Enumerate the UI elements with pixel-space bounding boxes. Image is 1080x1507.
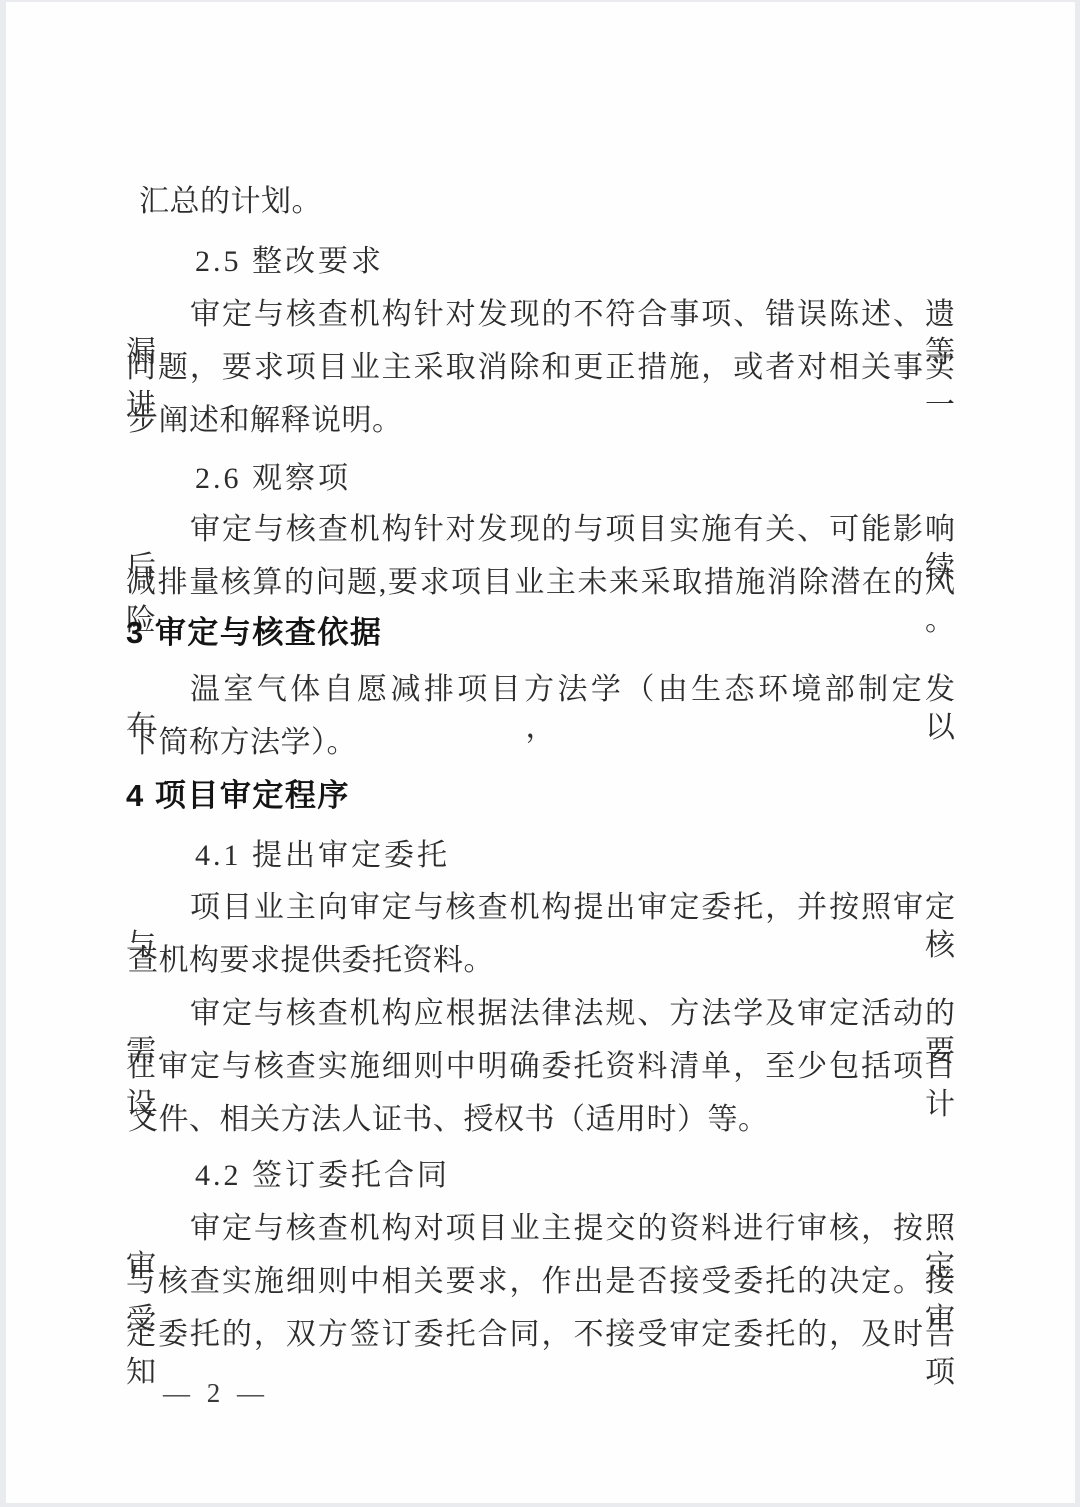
section-heading-3: 3 审定与核查依据 [126, 614, 382, 652]
page-number: — 2 — [163, 1374, 269, 1412]
subsection-heading-2-5: 2.5 整改要求 [195, 243, 384, 281]
body-line: 文件、相关方法人证书、授权书（适用时）等。 [128, 1101, 769, 1139]
body-line: 步阐述和解释说明。 [128, 402, 403, 440]
body-line: 汇总的计划。 [139, 183, 322, 221]
subsection-heading-2-6: 2.6 观察项 [195, 460, 351, 498]
document-page: 汇总的计划。 2.5 整改要求 审定与核查机构针对发现的不符合事项、错误陈述、遗… [6, 2, 1075, 1503]
body-line: 查机构要求提供委托资料。 [128, 942, 494, 980]
body-line: 下简称方法学）。 [128, 724, 357, 762]
section-heading-4: 4 项目审定程序 [126, 777, 350, 815]
subsection-heading-4-2: 4.2 签订委托合同 [195, 1157, 450, 1195]
subsection-heading-4-1: 4.1 提出审定委托 [195, 837, 450, 875]
